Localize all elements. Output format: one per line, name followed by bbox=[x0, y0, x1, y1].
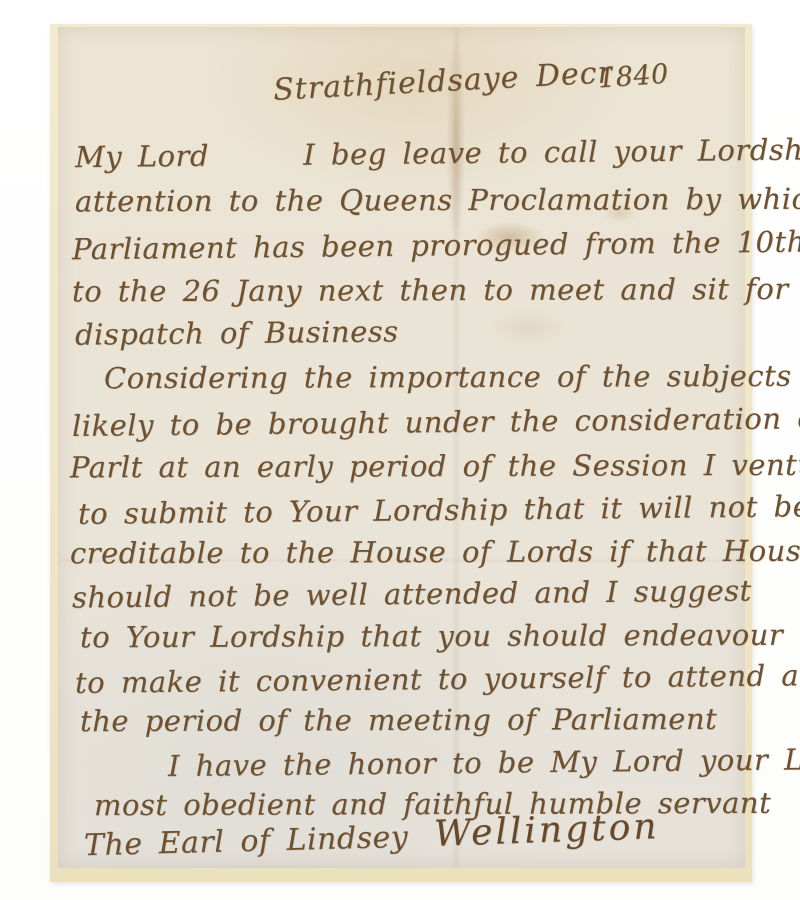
letter-line: attention to the Queens Proclamation by … bbox=[75, 185, 800, 217]
letter-line: Parlt at an early period of the Session … bbox=[70, 451, 800, 483]
letter-line: to make it convenient to yourself to att… bbox=[75, 661, 800, 698]
letter-line: should not be well attended and I sugges… bbox=[72, 576, 752, 612]
letter-line: I have the honor to be My Lord your Lord… bbox=[168, 744, 800, 781]
letter-line: likely to be brought under the considera… bbox=[72, 404, 800, 441]
letter-addressee: The Earl of Lindsey bbox=[84, 823, 409, 861]
letter-line: to the 26 Jany next then to meet and sit… bbox=[72, 275, 800, 307]
letter-paper: Strathfieldsaye Decr 1840 My Lord I beg … bbox=[58, 27, 745, 868]
letter-line: the period of the meeting of Parliament bbox=[80, 705, 717, 736]
letter-line: Considering the importance of the subjec… bbox=[104, 362, 792, 393]
letter-line: to Your Lordship that you should endeavo… bbox=[80, 621, 783, 652]
letter-dateline-place: Strathfieldsaye Decr bbox=[272, 58, 613, 106]
letter-photo: Strathfieldsaye Decr 1840 My Lord I beg … bbox=[0, 0, 800, 900]
letter-line: to submit to Your Lordship that it will … bbox=[78, 492, 800, 529]
letter-line: Parliament has been prorogued from the 1… bbox=[72, 227, 800, 264]
letter-line: dispatch of Business bbox=[75, 317, 399, 349]
letter-line: creditable to the House of Lords if that… bbox=[70, 537, 800, 569]
letter-line: My Lord I beg leave to call your Lordshi… bbox=[75, 135, 800, 172]
letter-dateline-year: 1840 bbox=[597, 61, 669, 93]
letter-signature: Wellington bbox=[433, 809, 660, 853]
